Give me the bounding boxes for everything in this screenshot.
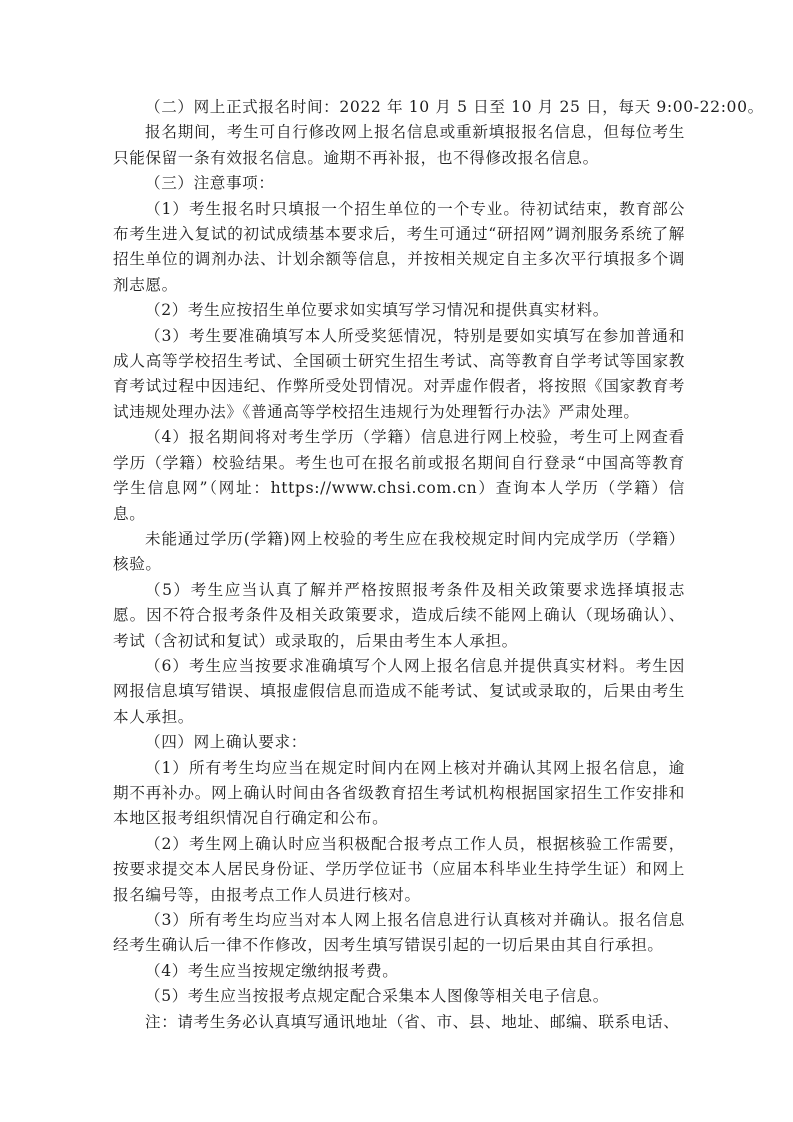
document-page: （二）网上正式报名时间：2022 年 10 月 5 日至 10 月 25 日，每… [113,95,685,1035]
paragraph-confirm-2: （2）考生网上确认时应当积极配合报考点工作人员，根据核验工作需要，按要求提交本人… [113,832,685,908]
paragraph-footnote: 注：请考生务必认真填写通讯地址（省、市、县、地址、邮编、联系电话、 [113,1010,685,1035]
paragraph-note-1: （1）考生报名时只填报一个招生单位的一个专业。待初试结束，教育部公布考生进入复试… [113,197,685,299]
paragraph-note-4-verification: 未能通过学历(学籍)网上校验的考生应在我校规定时间内完成学历（学籍）核验。 [113,527,685,578]
paragraph-registration-time: （二）网上正式报名时间：2022 年 10 月 5 日至 10 月 25 日，每… [113,95,685,120]
paragraph-confirm-4: （4）考生应当按规定缴纳报考费。 [113,959,685,984]
paragraph-confirm-5: （5）考生应当按报考点规定配合采集本人图像等相关电子信息。 [113,984,685,1009]
paragraph-confirm-3: （3）所有考生均应当对本人网上报名信息进行认真核对并确认。报名信息经考生确认后一… [113,908,685,959]
paragraph-confirm-1: （1）所有考生均应当在规定时间内在网上核对并确认其网上报名信息，逾期不再补办。网… [113,756,685,832]
paragraph-note-3: （3）考生要准确填写本人所受奖惩情况，特别是要如实填写在参加普通和成人高等学校招… [113,324,685,426]
paragraph-note-4: （4）报名期间将对考生学历（学籍）信息进行网上校验，考生可上网查看学历（学籍）校… [113,425,685,527]
paragraph-note-6: （6）考生应当按要求准确填写个人网上报名信息并提供真实材料。考生因网报信息填写错… [113,654,685,730]
paragraph-note-5: （5）考生应当认真了解并严格按照报考条件及相关政策要求选择填报志愿。因不符合报考… [113,578,685,654]
section-heading-notes: （三）注意事项： [113,171,685,196]
paragraph-modify-info: 报名期间，考生可自行修改网上报名信息或重新填报报名信息，但每位考生只能保留一条有… [113,120,685,171]
section-heading-online-confirmation: （四）网上确认要求： [113,730,685,755]
paragraph-note-2: （2）考生应按招生单位要求如实填写学习情况和提供真实材料。 [113,298,685,323]
